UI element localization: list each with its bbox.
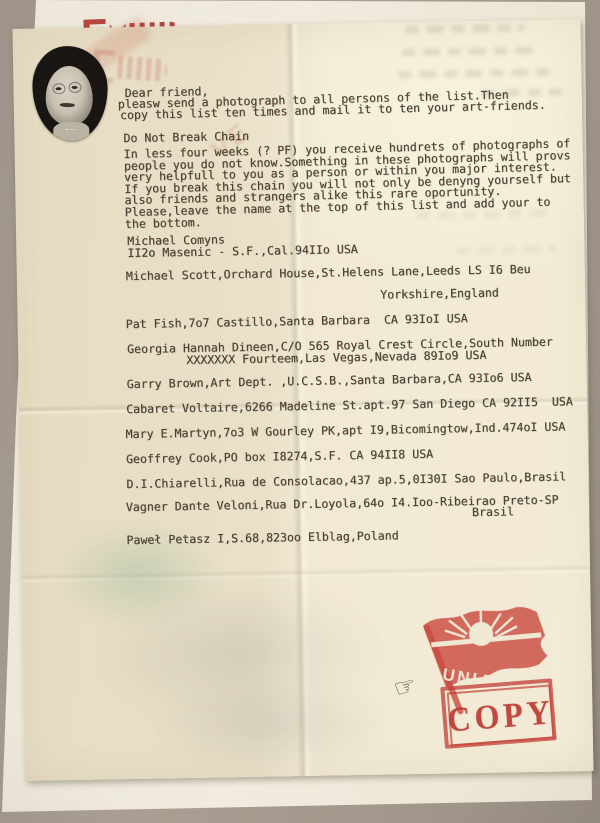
copy-stamp-label: COPY (446, 694, 555, 737)
photo-of-chain-letter: VE Dear friend, pleasw send a photograph… (0, 0, 600, 823)
address-line: Cabaret Voltaire,6266 Madeline St.apt.97… (126, 396, 573, 415)
show-through-text (402, 47, 536, 56)
portrait-face (45, 66, 93, 127)
mustache (60, 103, 75, 108)
necklace (66, 125, 76, 130)
address-line: Michael Scott,Orchard House,St.Helens La… (126, 264, 531, 283)
letter-sheet: VE Dear friend, pleasw send a photograph… (12, 19, 593, 781)
stamp-echo-stripes (117, 56, 168, 82)
chain-heading: Do Not Break Chain (123, 131, 249, 145)
address-line: D.I.Chiarelli,Rua de Consolacao,437 ap.5… (126, 471, 566, 490)
copy-stamp-inner-border: COPY (447, 684, 555, 746)
body-line: the bottom. (125, 217, 202, 230)
show-through-text (398, 69, 550, 79)
address-line: Geoffrey Cook,PO box I8274,S.F. CA 94II8… (126, 449, 433, 466)
show-through-text (405, 24, 523, 33)
copy-stamp: COPY (440, 678, 557, 749)
address-line: Brasil (472, 506, 514, 518)
address-line: II2o Masenic - S.F.,Cal.94IIo USA (127, 244, 358, 260)
portrait-photo (32, 45, 109, 141)
address-line: Mary E.Martyn,7o3 W Gourley PK,apt I9,Bi… (125, 421, 565, 440)
address-line: Garry Brown,Art Dept. ,U.C.S.B.,Santa Ba… (127, 372, 532, 391)
address-line: Pat Fish,7o7 Castillo,Santa Barbara CA 9… (126, 313, 468, 331)
address-line: Yorkshire,England (380, 288, 499, 302)
address-line: XXXXXXX Fourteem,Las Vegas,Nevada 89Io9 … (186, 350, 486, 367)
show-through-text (456, 246, 556, 255)
address-line: Paweł Petasz I,S.68,823oo Elblag,Poland (126, 530, 398, 546)
